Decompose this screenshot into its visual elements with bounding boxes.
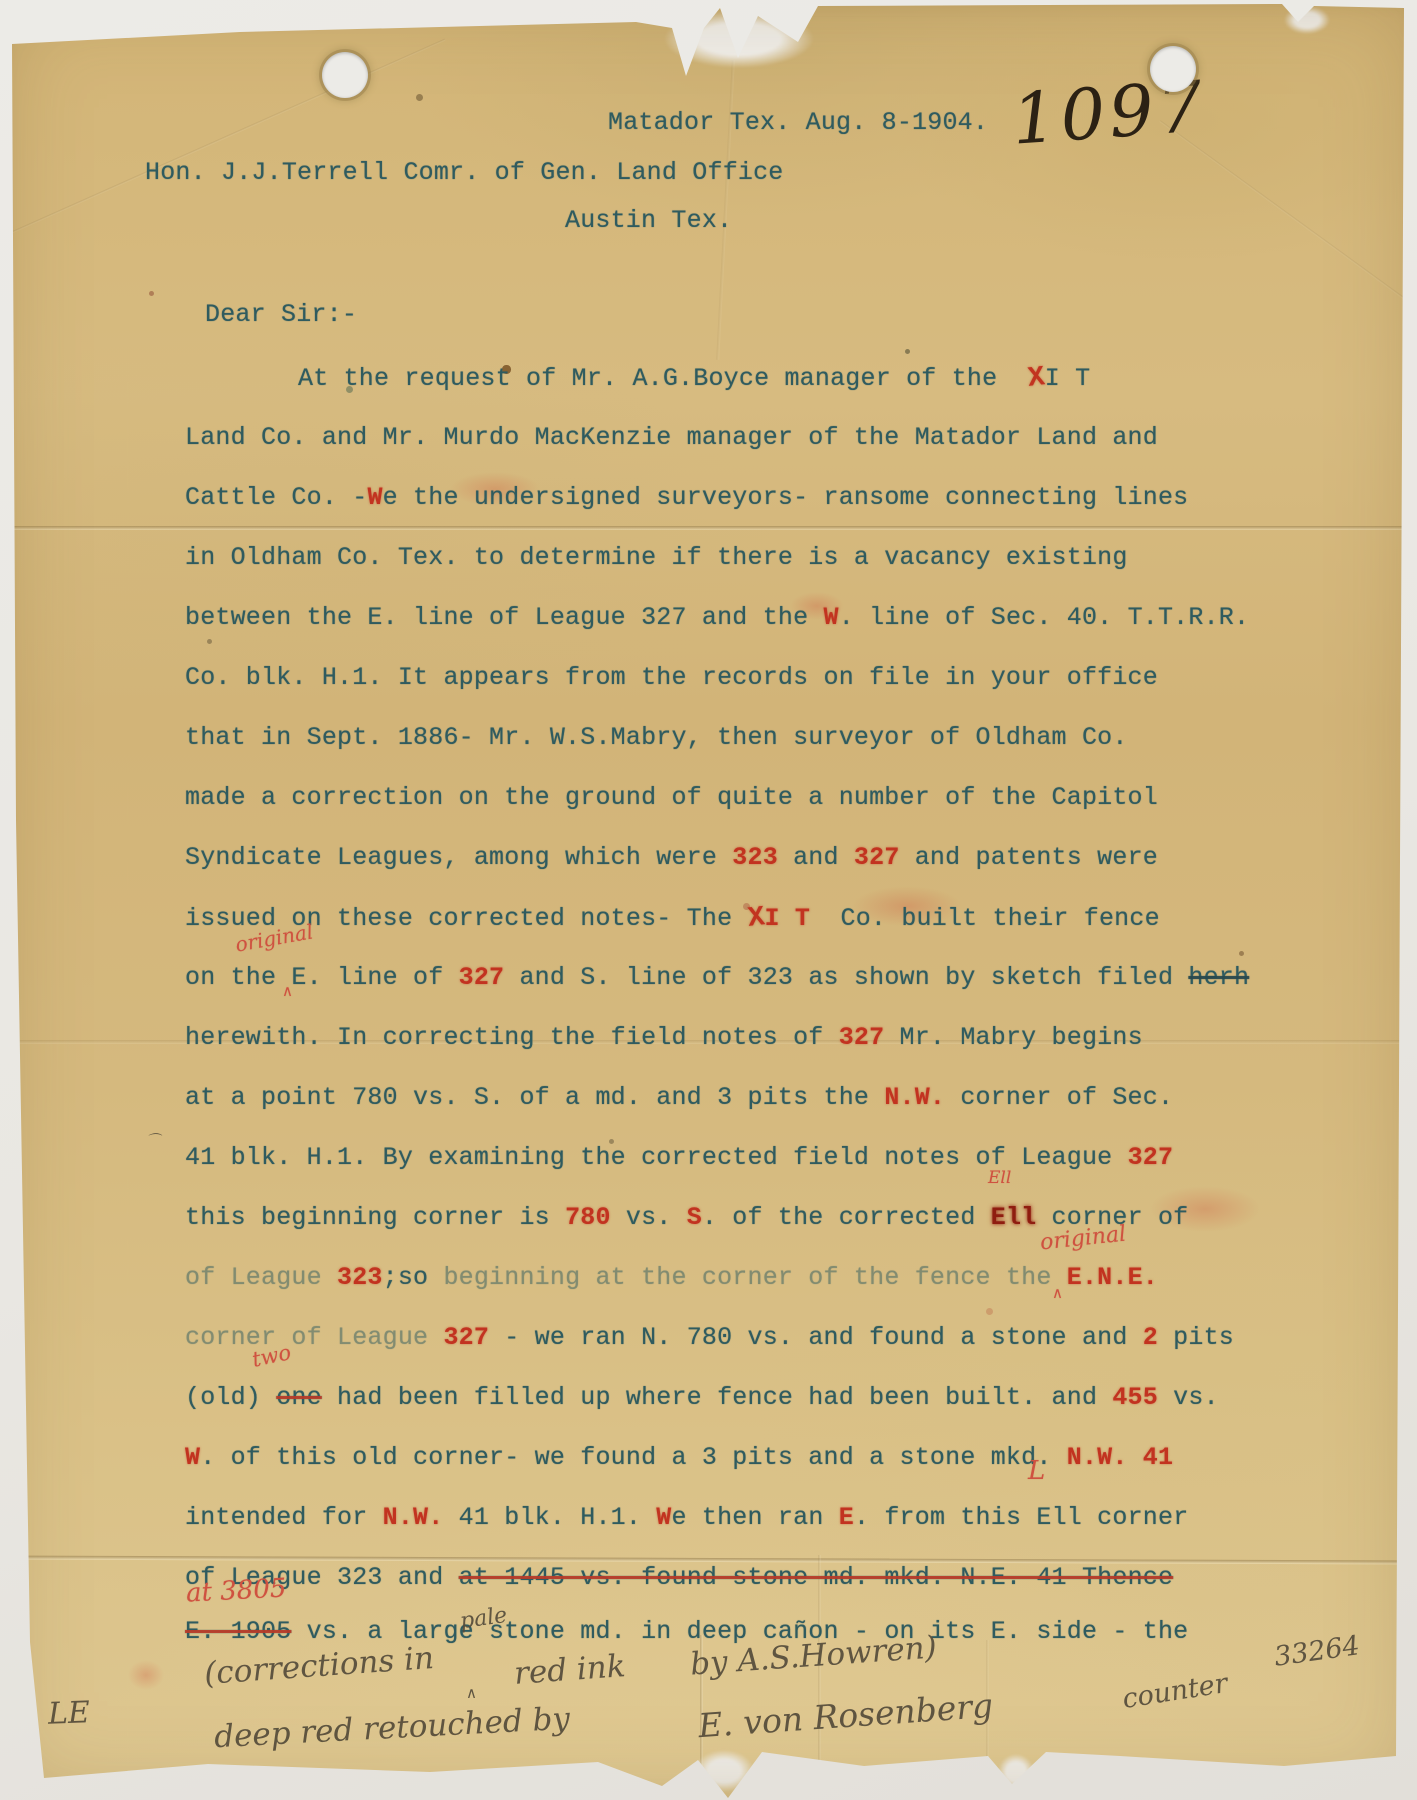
corner-initials: LE [47,1695,90,1731]
note-corrections-in: (corrections in [203,1640,435,1692]
tear-damage-bottom [694,1750,754,1792]
typed-segment: W [367,483,382,512]
typed-segment: vs. [611,1203,687,1232]
typed-line: 41 blk. H.1. By examining the corrected … [185,1143,1173,1172]
correction-at-3805: at 3805 [185,1573,287,1608]
typed-segment: 2 [1143,1323,1158,1352]
typed-segment: that in Sept. 1886- Mr. W.S.Mabry, then … [185,723,1128,752]
typed-line: W. of this old corner- we found a 3 pits… [185,1443,1173,1472]
typed-segment: . from this Ell corner [854,1503,1188,1532]
typed-segment: beginning at the corner of the fence the [443,1263,1066,1292]
caret-2: ∧ [1052,1284,1063,1302]
typed-segment: 323 [337,1263,383,1292]
typed-line: Matador Tex. Aug. 8-1904. [608,108,988,137]
paper-specks [0,0,3,3]
typed-segment: vs. [1158,1383,1219,1412]
scanned-letter: Matador Tex. Aug. 8-1904.Hon. J.J.Terrel… [0,0,1417,1800]
typed-segment: Dear Sir:- [205,300,357,329]
typed-segment: . line of Sec. 40. T.T.R.R. [839,603,1249,632]
typed-segment: X [1026,362,1046,395]
typed-segment: - we ran N. 780 vs. and found a stone an… [489,1323,1143,1352]
typed-line: on the E. line of 327 and S. line of 323… [185,963,1249,992]
typed-line: of League 323 and at 1445 vs. found ston… [185,1563,1173,1592]
typed-segment: . of the corrected [702,1203,991,1232]
typed-line: Dear Sir:- [205,300,357,329]
red-smudge [128,1660,164,1690]
typed-segment: Austin Tex. [565,206,732,235]
typed-line: Cattle Co. -We the undersigned surveyors… [185,483,1188,512]
typed-segment: I T [765,904,811,933]
typed-segment: N.W. 41 [1067,1443,1173,1472]
typed-line: (old) one had been filled up where fence… [185,1383,1219,1412]
typed-segment: 327 [1128,1143,1174,1172]
typed-line: of League 323;so beginning at the corner… [185,1263,1158,1292]
diagonal-crease-left [0,39,445,252]
typed-line: between the E. line of League 327 and th… [185,603,1249,632]
signature-rosenberg: E. von Rosenberg [697,1686,994,1746]
typed-segment: 327 [839,1023,885,1052]
correction-ell: Ell [988,1168,1011,1188]
note-red-ink: red ink [513,1648,627,1692]
punch-hole-left [322,52,368,98]
typed-segment: 327 [459,963,505,992]
typed-segment: in Oldham Co. Tex. to determine if there… [185,543,1128,572]
typed-line: At the request of Mr. A.G.Boyce manager … [298,363,1090,394]
typed-segment: Hon. J.J.Terrell Comr. of Gen. Land Offi… [145,158,784,187]
counter-number: 33264 [1272,1630,1361,1673]
typed-segment: W [656,1503,671,1532]
typed-segment: this beginning corner is [185,1203,565,1232]
typed-segment: E.N.E. [1067,1263,1158,1292]
typed-segment: 41 blk. H.1. [443,1503,656,1532]
punch-hole-right [1150,46,1196,92]
typed-segment: made a correction on the ground of quite… [185,783,1158,812]
typed-segment: 323 [732,843,778,872]
typed-segment: Mr. Mabry begins [884,1023,1142,1052]
diagonal-crease-right [1159,120,1417,333]
typed-segment: at 1445 vs. found stone md. mkd. N.E. 41… [459,1563,1174,1592]
note-deep-red: deep red retouched by [213,1701,570,1756]
typed-segment: (old) [185,1383,276,1412]
typed-segment: 41 blk. H.1. By examining the corrected … [185,1143,1128,1172]
caret-3: ∧ [466,1684,477,1702]
typed-segment: Co. blk. H.1. It appears from the record… [185,663,1158,692]
typed-line: issued on these corrected notes- The XI … [185,903,1160,934]
typed-segment: Co. built their fence [810,904,1160,933]
typed-line: intended for N.W. 41 blk. H.1. We then r… [185,1503,1188,1532]
typed-segment: ;so [383,1263,444,1292]
typed-segment: N.W. [884,1083,945,1112]
pencil-check-mark: ⌒ [146,1130,160,1150]
typed-segment: on the E. line of [185,963,459,992]
typed-line: made a correction on the ground of quite… [185,783,1158,812]
typed-segment: e then ran [672,1503,839,1532]
typed-line: in Oldham Co. Tex. to determine if there… [185,543,1128,572]
typed-segment: S [687,1203,702,1232]
typed-segment: of League [185,1263,337,1292]
typed-line: Austin Tex. [565,206,732,235]
typed-line: Hon. J.J.Terrell Comr. of Gen. Land Offi… [145,158,784,187]
correction-l: L [1028,1456,1045,1486]
typed-line: herewith. In correcting the field notes … [185,1023,1143,1052]
counter-word: counter [1120,1668,1229,1715]
typed-line: corner of League 327 - we ran N. 780 vs.… [185,1323,1234,1352]
tear-damage-top-right [1284,6,1330,34]
typed-segment: W [185,1443,200,1472]
typed-segment: between the E. line of League 327 and th… [185,603,824,632]
typed-segment: At the request of Mr. A.G.Boyce manager … [298,364,1028,393]
typed-line: at a point 780 vs. S. of a md. and 3 pit… [185,1083,1173,1112]
typed-segment: herewith. In correcting the field notes … [185,1023,839,1052]
typed-segment: and patents were [900,843,1158,872]
typed-line: this beginning corner is 780 vs. S. of t… [185,1203,1188,1232]
typed-segment: E [839,1503,854,1532]
typed-segment: and S. line of 323 as shown by sketch fi… [504,963,1188,992]
typed-segment: Land Co. and Mr. Murdo MacKenzie manager… [185,423,1158,452]
typed-segment: and [778,843,854,872]
letter-paper: Matador Tex. Aug. 8-1904.Hon. J.J.Terrel… [0,0,1417,1800]
typed-segment: at a point 780 vs. S. of a md. and 3 pit… [185,1083,884,1112]
typed-segment: intended for [185,1503,383,1532]
typed-segment: E. 1905 [185,1617,291,1646]
typed-segment: . of this old corner- we found a 3 pits … [200,1443,1067,1472]
tear-damage-top-center [664,10,814,68]
typed-line: Syndicate Leagues, among which were 323 … [185,843,1158,872]
typed-segment: Matador Tex. Aug. 8-1904. [608,108,988,137]
fold-crease-upper [0,526,1417,530]
typed-segment: N.W. [383,1503,444,1532]
typed-segment: 327 [854,843,900,872]
typed-segment: 780 [565,1203,611,1232]
typed-line: E. 1905 vs. a large stone md. in deep ca… [185,1617,1188,1646]
typed-line: Co. blk. H.1. It appears from the record… [185,663,1158,692]
typed-segment: 327 [443,1323,489,1352]
typed-segment: Cattle Co. - [185,483,367,512]
typed-segment: Ell [991,1203,1037,1232]
typed-segment: e the undersigned surveyors- ransome con… [383,483,1189,512]
tear-damage-bottom-right [998,1754,1034,1790]
typed-segment: W [824,603,839,632]
typed-segment: X [746,902,766,935]
typed-segment: one [276,1383,322,1412]
typed-segment: had been filled up where fence had been … [322,1383,1113,1412]
typed-segment: Syndicate Leagues, among which were [185,843,732,872]
typed-segment: 455 [1112,1383,1158,1412]
typed-segment: corner of League [185,1323,443,1352]
typed-segment: I T [1045,364,1091,393]
typed-segment: herh [1188,963,1249,992]
caret-1: ∧ [282,982,293,1000]
typed-segment: corner of Sec. [945,1083,1173,1112]
typed-segment: pits [1158,1323,1234,1352]
typed-line: that in Sept. 1886- Mr. W.S.Mabry, then … [185,723,1128,752]
typed-line: Land Co. and Mr. Murdo MacKenzie manager… [185,423,1158,452]
